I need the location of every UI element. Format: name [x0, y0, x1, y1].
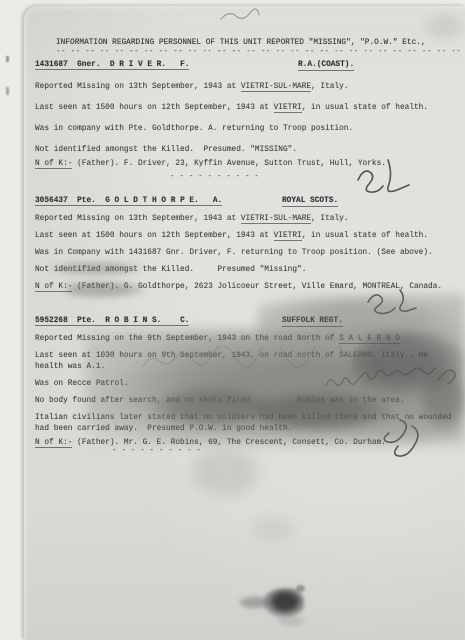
surname-initial: G O L D T H O R P E. A.: [105, 197, 222, 205]
record-header: 3056437 Pte. G O L D T H O R P E. A.ROYA…: [35, 196, 459, 207]
scanned-document: INFORMATION REGARDING PERSONNEL OF THIS …: [0, 0, 465, 640]
record-separator: - - - - - - - - - -: [170, 172, 259, 182]
record-line: Not identified amongst the Killed. Presu…: [35, 265, 459, 275]
service-number: 3056437: [35, 197, 68, 205]
record-line: had been carried away. Presumed P.O.W. i…: [35, 424, 459, 434]
record-line: Last seen at 1030 hours on 9th September…: [35, 351, 459, 361]
title-underline: -- -- -- -- -- -- -- -- -- -- -- -- -- -…: [56, 47, 461, 57]
service-number: 5952268: [35, 317, 68, 325]
record-line: N of K:- (Father). Mr. G. E. Robins, 69,…: [35, 438, 459, 448]
regiment: ROYAL SCOTS.: [282, 196, 338, 207]
record-line: Reported Missing on 13th September, 1943…: [35, 214, 459, 224]
record-line: Reported Missing on 13th September, 1943…: [35, 82, 459, 92]
edge-speck: [6, 56, 9, 62]
edge-speck: [6, 87, 9, 95]
record-line: Was in company with Pte. Goldthorpe. A. …: [35, 124, 459, 134]
record-header: 5952268 Pte. R O B I N S. C.SUFFOLK REGT…: [35, 316, 459, 327]
record-goldthorpe: 3056437 Pte. G O L D T H O R P E. A.ROYA…: [35, 196, 459, 292]
record-line: Was in Company with 1431687 Gnr. Driver,…: [35, 248, 459, 258]
record-lines: Reported Missing on 13th September, 1943…: [35, 82, 459, 169]
record-line: N of K:- (Father). F. Driver, 23, Kyffin…: [35, 159, 459, 169]
rank: Pte.: [77, 317, 96, 325]
record-line: Last seen at 1500 hours on 12th Septembe…: [35, 103, 459, 113]
record-line: N of K:- (Father). G. Goldthorpe, 2623 J…: [35, 282, 459, 292]
record-line: health was A.1.: [35, 362, 459, 372]
regiment: R.A.(COAST).: [298, 60, 354, 71]
record-header: 1431687 Gner. D R I V E R. F.R.A.(COAST)…: [35, 60, 459, 71]
record-driver: 1431687 Gner. D R I V E R. F.R.A.(COAST)…: [35, 60, 459, 169]
record-separator: - - - - - - - - - -: [112, 446, 201, 456]
record-line: No body found after search, and no shots…: [35, 396, 459, 406]
record-line: Last seen at 1500 hours on 12th Septembe…: [35, 231, 459, 241]
regiment: SUFFOLK REGT.: [282, 316, 343, 327]
rank: Gner.: [77, 61, 100, 69]
record-line: Italian civilians later stated that no s…: [35, 413, 459, 423]
record-lines: Reported Missing on the 9th September, 1…: [35, 334, 459, 448]
record-robins: 5952268 Pte. R O B I N S. C.SUFFOLK REGT…: [35, 316, 459, 448]
record-lines: Reported Missing on 13th September, 1943…: [35, 214, 459, 292]
service-number: 1431687: [35, 61, 68, 69]
surname-initial: R O B I N S. C.: [105, 317, 189, 325]
record-line: Was on Recce Patrol.: [35, 379, 459, 389]
surname-initial: D R I V E R. F.: [110, 61, 190, 69]
rank: Pte.: [77, 197, 96, 205]
record-line: Reported Missing on the 9th September, 1…: [35, 334, 459, 344]
record-line: Not identified amongst the Killed. Presu…: [35, 145, 459, 155]
